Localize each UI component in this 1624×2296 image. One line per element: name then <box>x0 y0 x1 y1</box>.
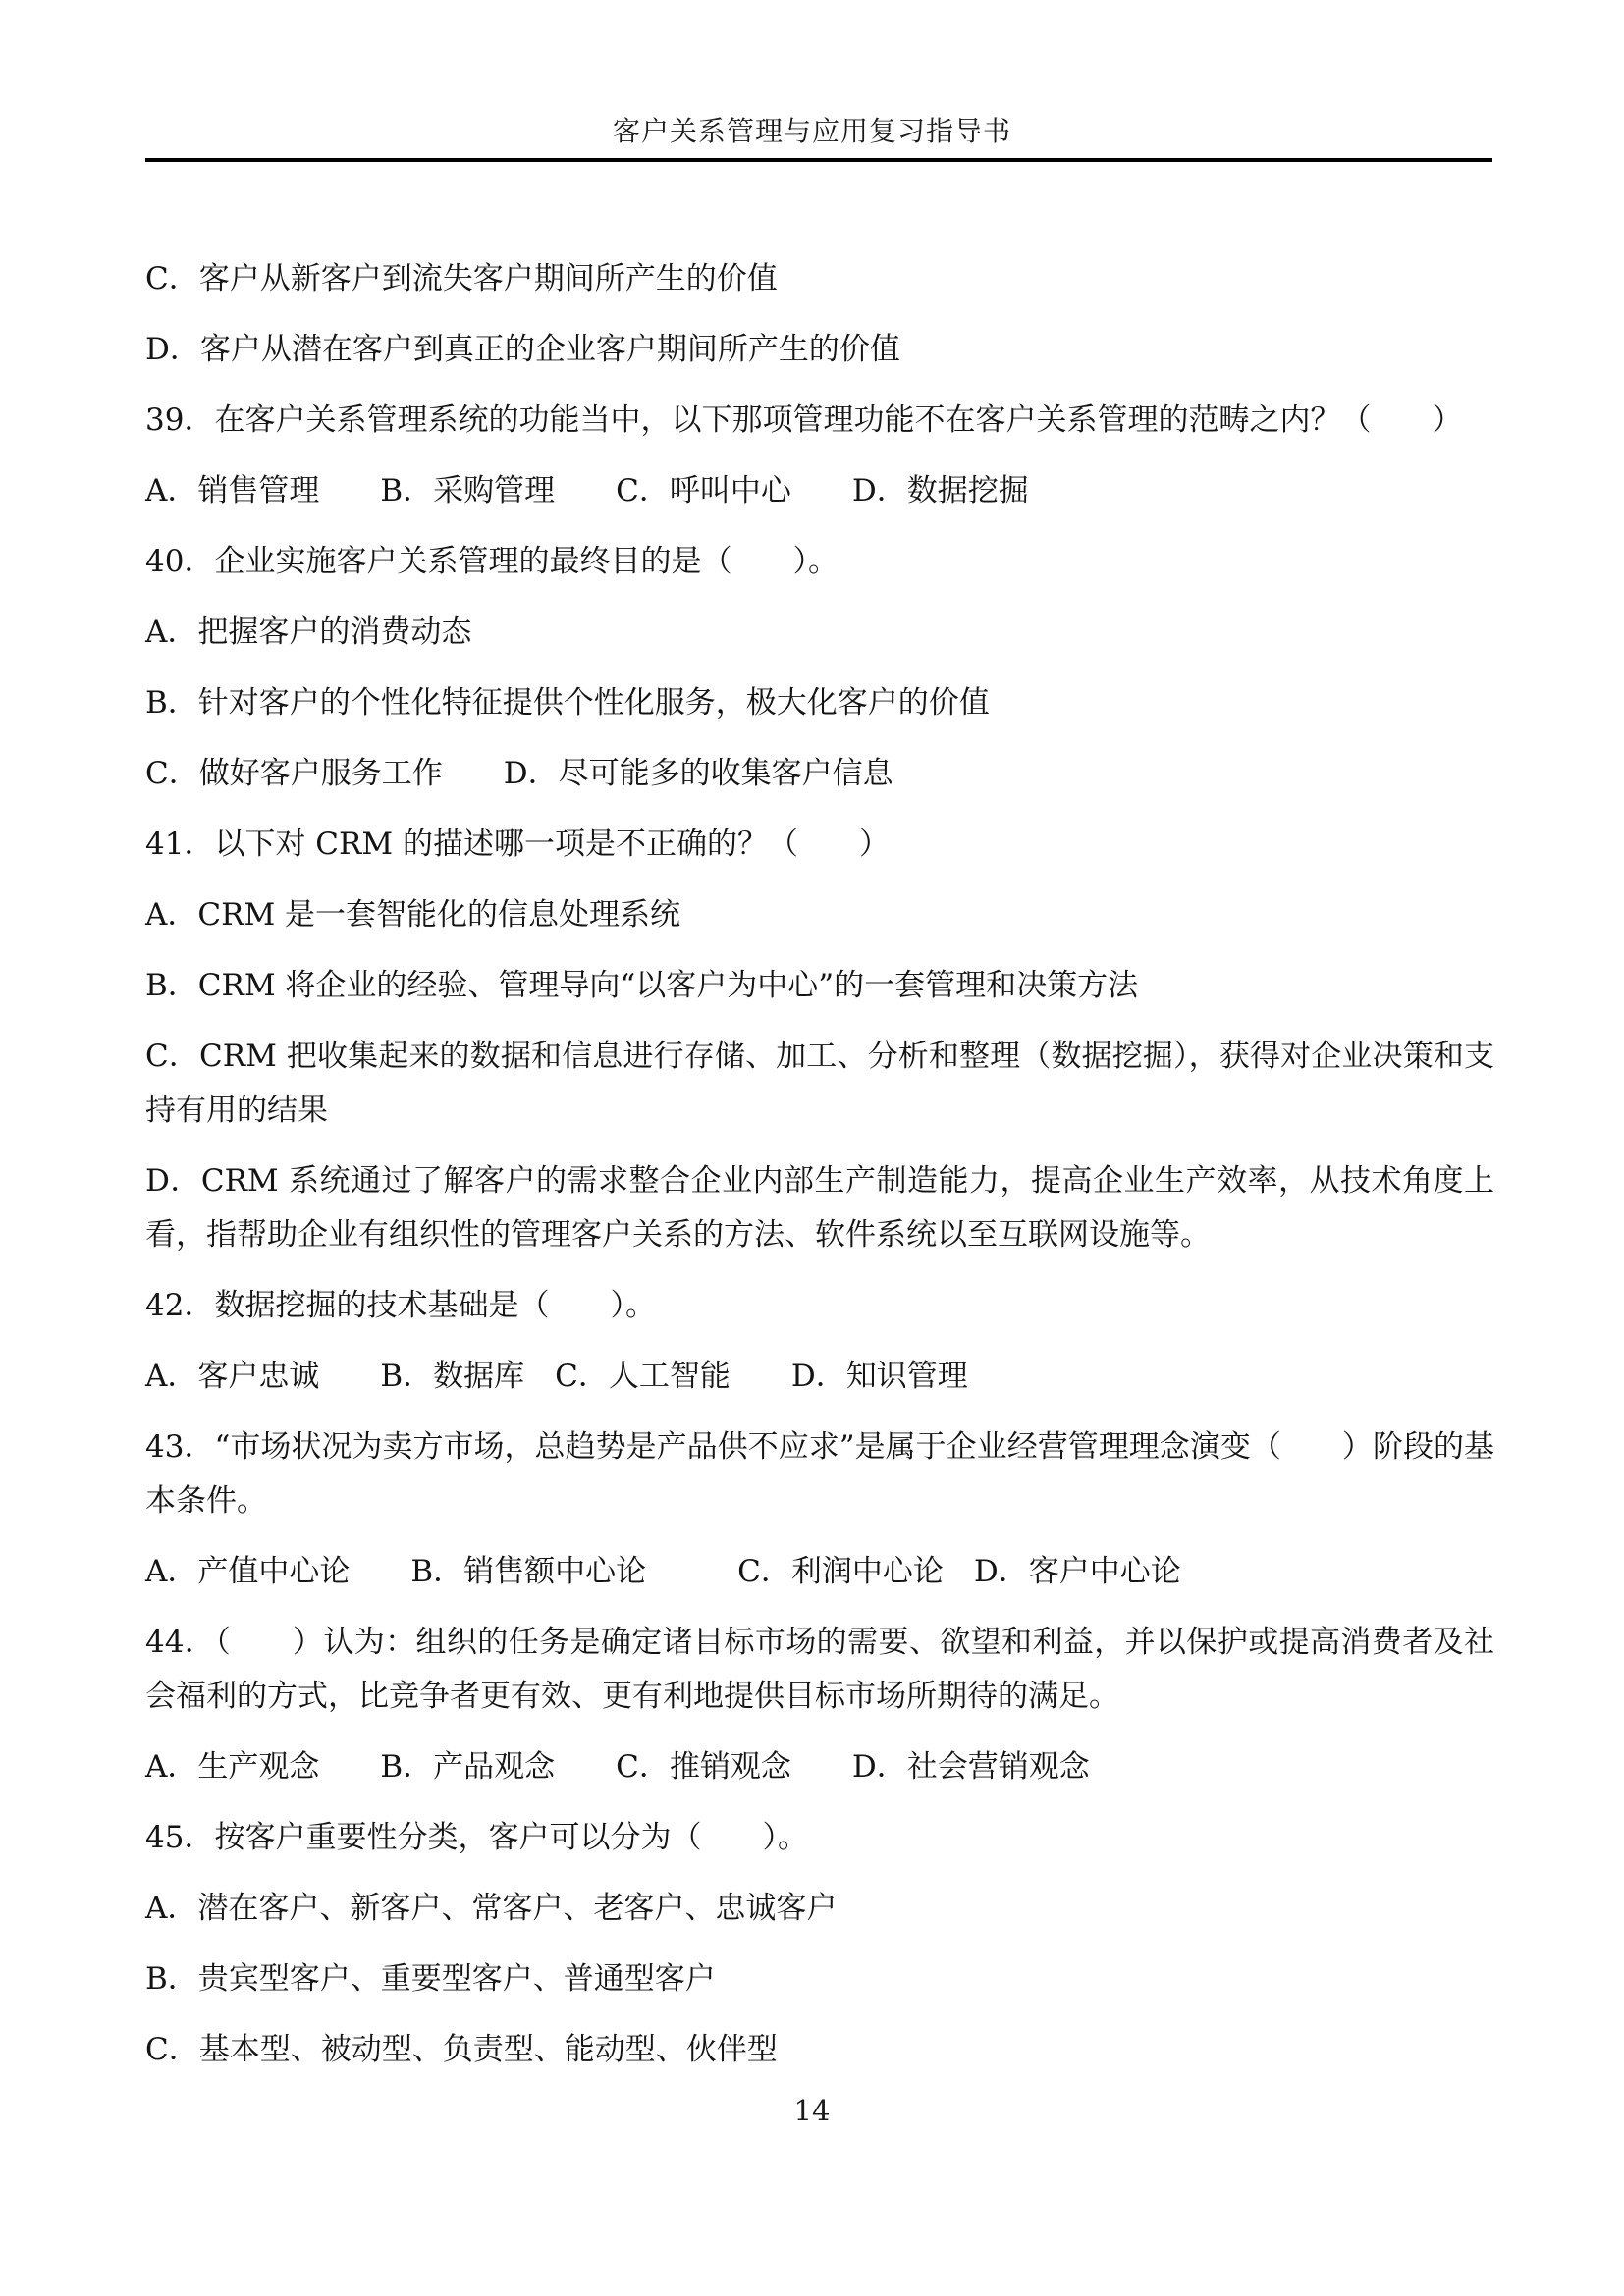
question-43-options: A．产值中心论 B．销售额中心论 C．利润中心论 D．客户中心论 <box>145 1545 1494 1599</box>
question-40-text: 40．企业实施客户关系管理的最终目的是（ ）。 <box>145 535 1494 589</box>
question-41-text: 41．以下对 CRM 的描述哪一项是不正确的？（ ） <box>145 818 1494 872</box>
page-number: 14 <box>794 2094 831 2127</box>
question-40-option-a: A．把握客户的消费动态 <box>145 606 1494 660</box>
header-title: 客户关系管理与应用复习指导书 <box>0 114 1624 149</box>
question-39-text: 39．在客户关系管理系统的功能当中，以下那项管理功能不在客户关系管理的范畴之内？… <box>145 394 1494 448</box>
page-header: 客户关系管理与应用复习指导书 <box>0 0 1624 162</box>
question-42-options: A．客户忠诚 B．数据库 C．人工智能 D．知识管理 <box>145 1350 1494 1404</box>
question-45-option-b: B．贵宾型客户、重要型客户、普通型客户 <box>145 1952 1494 2006</box>
question-42-text: 42．数据挖掘的技术基础是（ ）。 <box>145 1279 1494 1333</box>
prev-question-option-d: D．客户从潜在客户到真正的企业客户期间所产生的价值 <box>145 323 1494 377</box>
question-41-option-d: D．CRM 系统通过了解客户的需求整合企业内部生产制造能力，提高企业生产效率，从… <box>145 1154 1494 1262</box>
question-45-option-a: A．潜在客户、新客户、常客户、老客户、忠诚客户 <box>145 1882 1494 1936</box>
question-41-option-a: A．CRM 是一套智能化的信息处理系统 <box>145 888 1494 942</box>
document-page: 客户关系管理与应用复习指导书 C．客户从新客户到流失客户期间所产生的价值 D．客… <box>0 0 1624 2296</box>
question-44-text: 44．（ ）认为：组织的任务是确定诸目标市场的需要、欲望和利益，并以保护或提高消… <box>145 1616 1494 1724</box>
question-41-option-b: B．CRM 将企业的经验、管理导向“以客户为中心”的一套管理和决策方法 <box>145 959 1494 1013</box>
prev-question-option-c: C．客户从新客户到流失客户期间所产生的价值 <box>145 252 1494 306</box>
question-40-option-b: B．针对客户的个性化特征提供个性化服务，极大化客户的价值 <box>145 676 1494 730</box>
page-footer: 14 <box>0 2094 1624 2127</box>
question-40-options-cd: C．做好客户服务工作 D．尽可能多的收集客户信息 <box>145 747 1494 801</box>
question-44-options: A．生产观念 B．产品观念 C．推销观念 D．社会营销观念 <box>145 1740 1494 1794</box>
question-43-text: 43．“市场状况为卖方市场，总趋势是产品供不应求”是属于企业经营管理理念演变（ … <box>145 1420 1494 1528</box>
question-45-option-c: C．基本型、被动型、负责型、能动型、伙伴型 <box>145 2023 1494 2077</box>
question-39-options: A．销售管理 B．采购管理 C．呼叫中心 D．数据挖掘 <box>145 464 1494 518</box>
question-41-option-c: C．CRM 把收集起来的数据和信息进行存储、加工、分析和整理（数据挖掘），获得对… <box>145 1030 1494 1138</box>
document-body: C．客户从新客户到流失客户期间所产生的价值 D．客户从潜在客户到真正的企业客户期… <box>0 162 1624 2077</box>
question-45-text: 45．按客户重要性分类，客户可以分为（ ）。 <box>145 1811 1494 1865</box>
